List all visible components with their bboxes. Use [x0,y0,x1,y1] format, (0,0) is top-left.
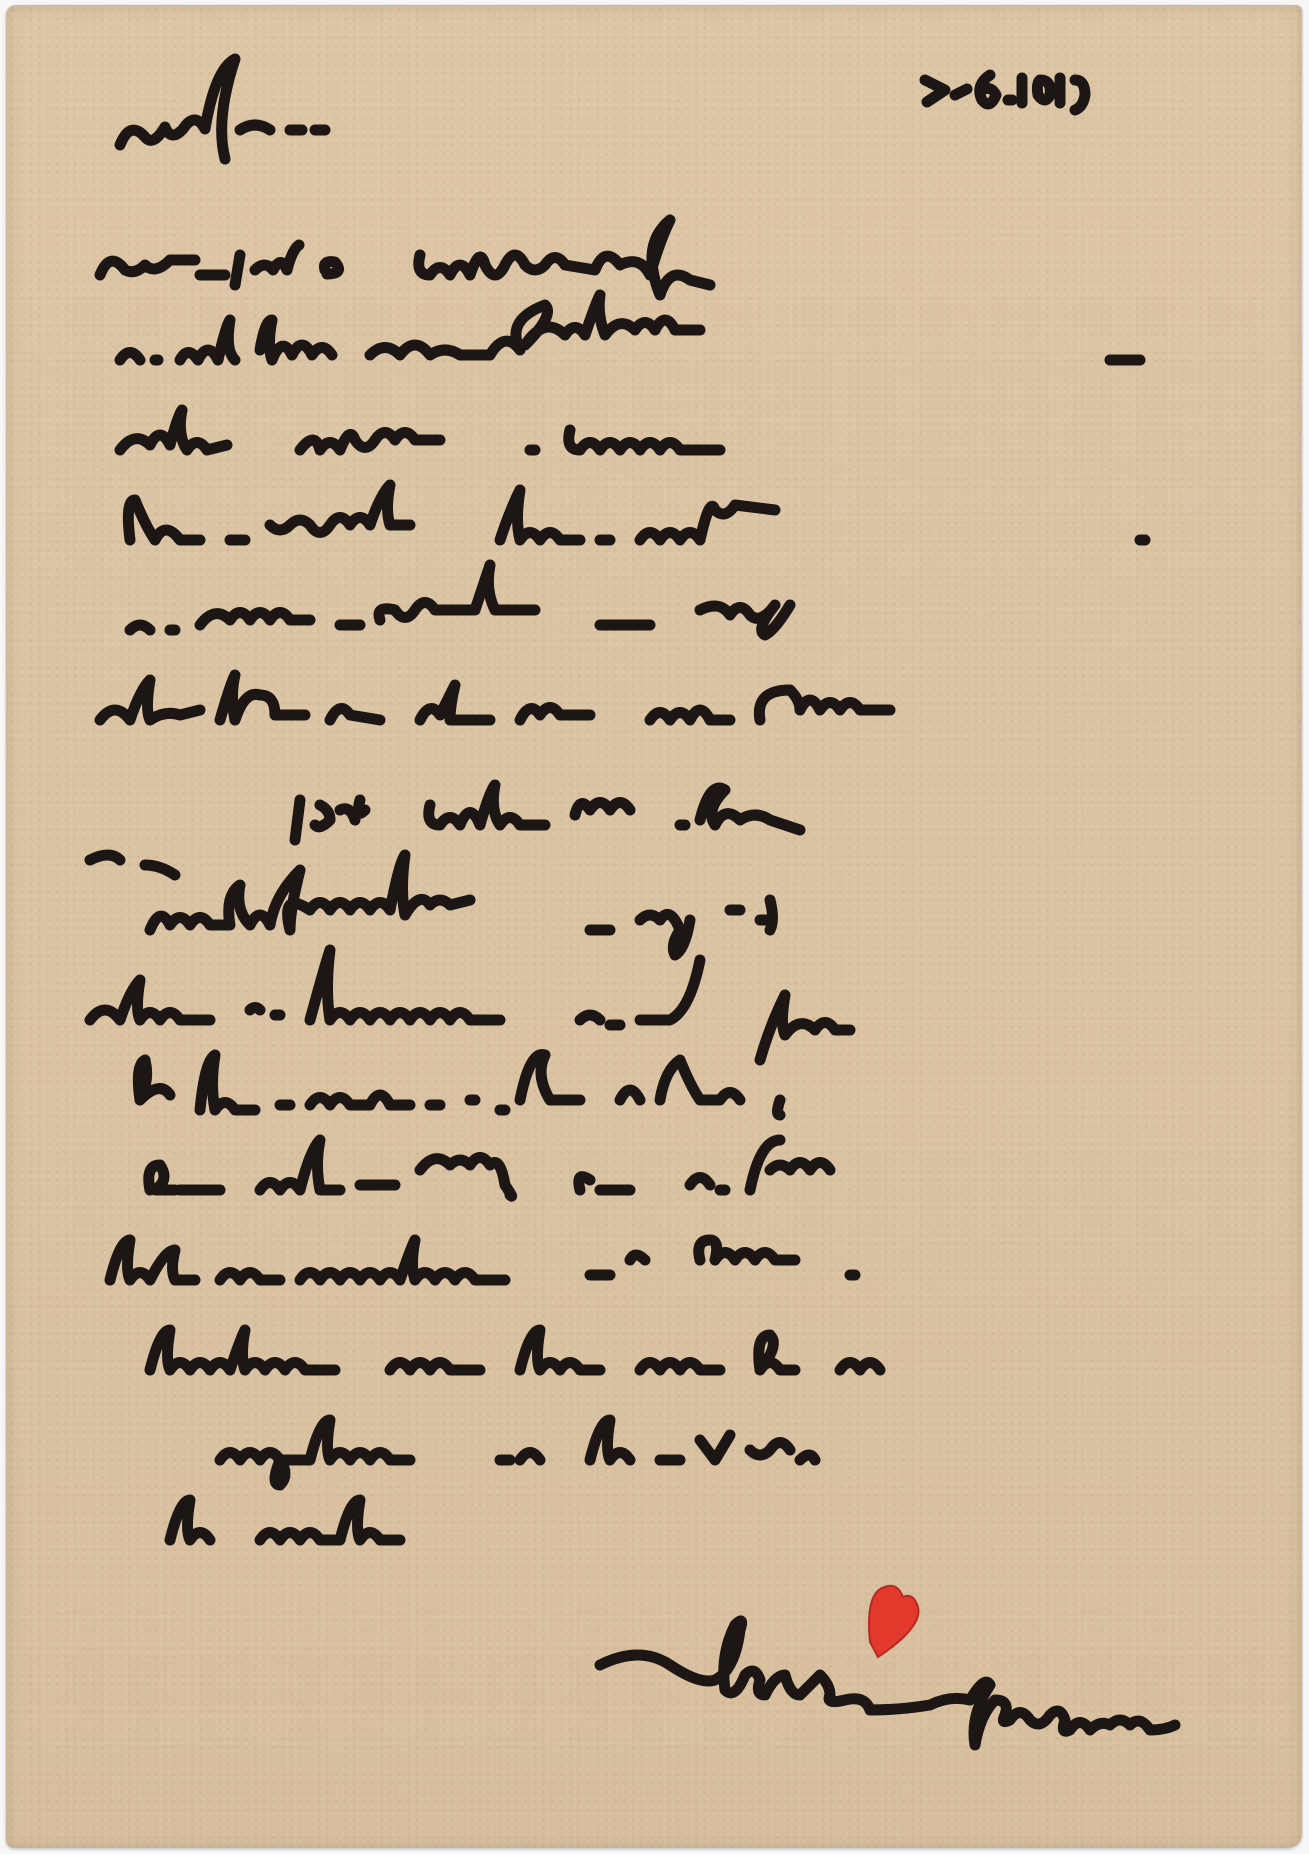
handwriting [0,0,1309,1854]
heart-icon [869,1586,919,1657]
